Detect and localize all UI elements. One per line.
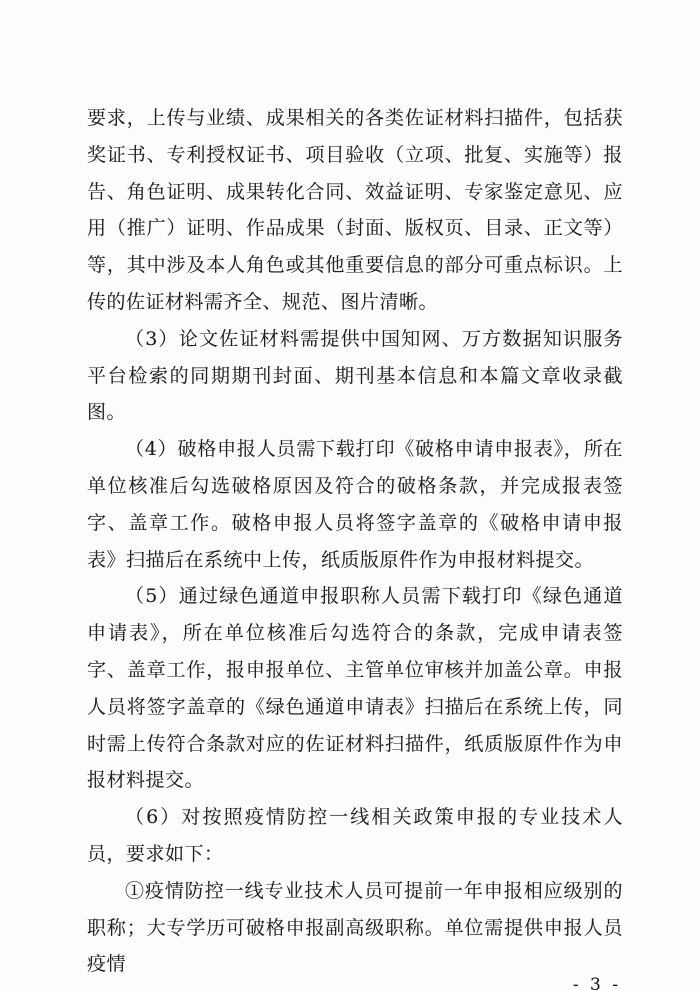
paragraph-item-3: （3）论文佐证材料需提供中国知网、万方数据知识服务平台检索的同期期刊封面、期刊基… xyxy=(87,321,623,431)
paragraph-item-6: （6）对按照疫情防控一线相关政策申报的专业技术人员，要求如下： xyxy=(87,799,623,873)
paragraph-item-5: （5）通过绿色通道申报职称人员需下载打印《绿色通道申请表》，所在单位核准后勾选符… xyxy=(87,578,623,799)
page-number: - 3 - xyxy=(87,975,623,990)
scanned-document-page: 要求，上传与业绩、成果相关的各类佐证材料扫描件，包括获奖证书、专利授权证书、项目… xyxy=(0,0,700,990)
paragraph-continuation: 要求，上传与业绩、成果相关的各类佐证材料扫描件，包括获奖证书、专利授权证书、项目… xyxy=(87,100,623,321)
document-body-text: 要求，上传与业绩、成果相关的各类佐证材料扫描件，包括获奖证书、专利授权证书、项目… xyxy=(87,100,623,990)
paragraph-subitem-1: ①疫情防控一线专业技术人员可提前一年申报相应级别的职称；大专学历可破格申报副高级… xyxy=(87,873,623,983)
paragraph-item-4: （4）破格申报人员需下载打印《破格申请申报表》，所在单位核准后勾选破格原因及符合… xyxy=(87,431,623,578)
